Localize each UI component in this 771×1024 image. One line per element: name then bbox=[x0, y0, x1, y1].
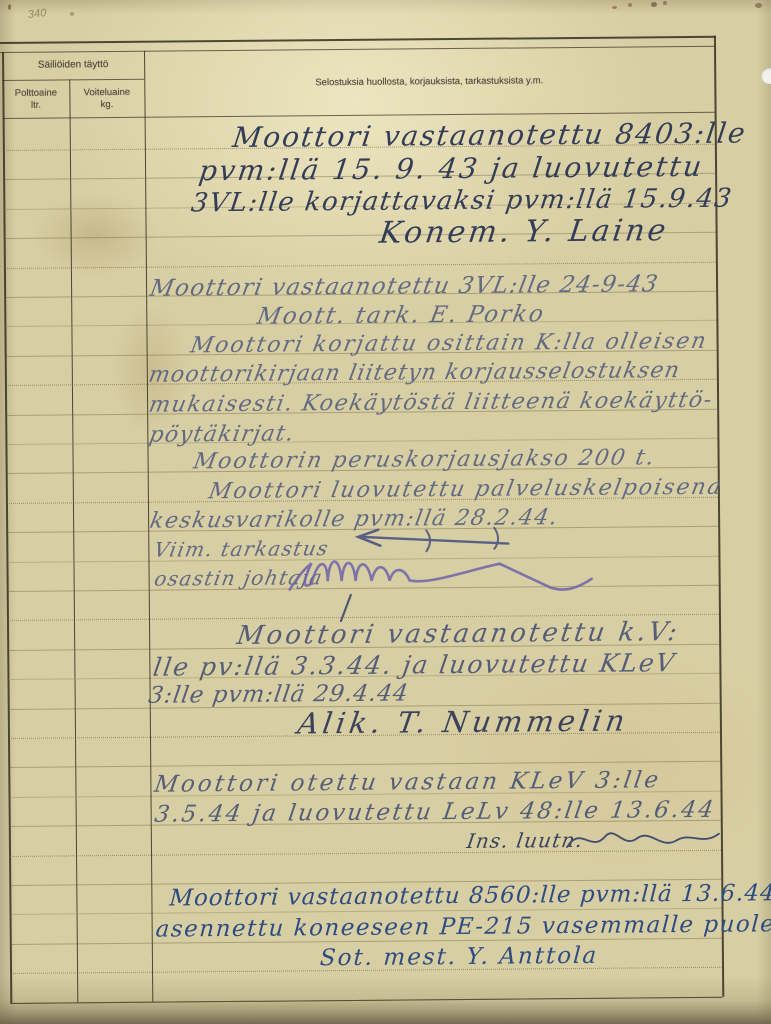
handwritten-line: moottorikirjaan liitetyn korjausselostuk… bbox=[147, 360, 682, 387]
handwritten-line: lle pv:llä 3.3.44. ja luovutettu KLeV bbox=[152, 650, 678, 680]
handwritten-line: asennettu koneeseen PE-215 vasemmalle pu… bbox=[155, 913, 771, 942]
rule-line bbox=[6, 438, 717, 445]
signature-scribble bbox=[563, 822, 723, 857]
handwritten-signature: Moott. tark. E. Porko bbox=[255, 303, 547, 329]
handwritten-line: mukaisesti. Koekäytöstä liitteenä koekäy… bbox=[147, 390, 715, 417]
scanned-logbook-page: 340 Säiliöiden täyttö Polttoaine ltr. Vo… bbox=[0, 0, 771, 1024]
handwritten-line: Moottori vastaanotettu 8403:lle bbox=[231, 119, 748, 152]
handwritten-line: Moottorin peruskorjausjakso 200 t. bbox=[192, 447, 658, 473]
table-layer: Säiliöiden täyttö Polttoaine ltr. Voitel… bbox=[0, 0, 771, 1024]
handwritten-line: Moottori vastaanotettu 3VL:lle 24-9-43 bbox=[148, 273, 661, 300]
handwritten-line: pvm:llä 15. 9. 43 ja luovutettu bbox=[197, 153, 705, 185]
handwritten-line: 3VL:lle korjattavaksi pvm:llä 15.9.43 bbox=[190, 186, 735, 217]
handwritten-line: pöytäkirjat. bbox=[147, 423, 296, 446]
handwritten-line: Moottori luovutettu palveluskelpoisena bbox=[207, 477, 725, 504]
slash-mark bbox=[337, 593, 357, 623]
rule-line bbox=[5, 261, 716, 268]
rule-line bbox=[11, 996, 722, 1003]
handwritten-signature: Sot. mest. Y. Anttola bbox=[319, 945, 599, 970]
handwritten-signature: Konem. Y. Laine bbox=[378, 216, 671, 249]
handwritten-line: Moottori vastaanotettu k.V: bbox=[235, 619, 681, 649]
handwritten-line: Moottori korjattu osittain K:lla olleise… bbox=[189, 331, 710, 358]
handwritten-line: Moottori vastaanotettu 8560:lle pvm:llä … bbox=[169, 882, 771, 911]
signature-scribble bbox=[287, 547, 597, 598]
handwritten-line: Moottori otettu vastaan KLeV 3:lle bbox=[153, 769, 663, 796]
handwritten-line: 3:lle pvm:llä 29.4.44 bbox=[147, 682, 410, 707]
handwritten-signature: Alik. T. Nummelin bbox=[296, 707, 631, 739]
